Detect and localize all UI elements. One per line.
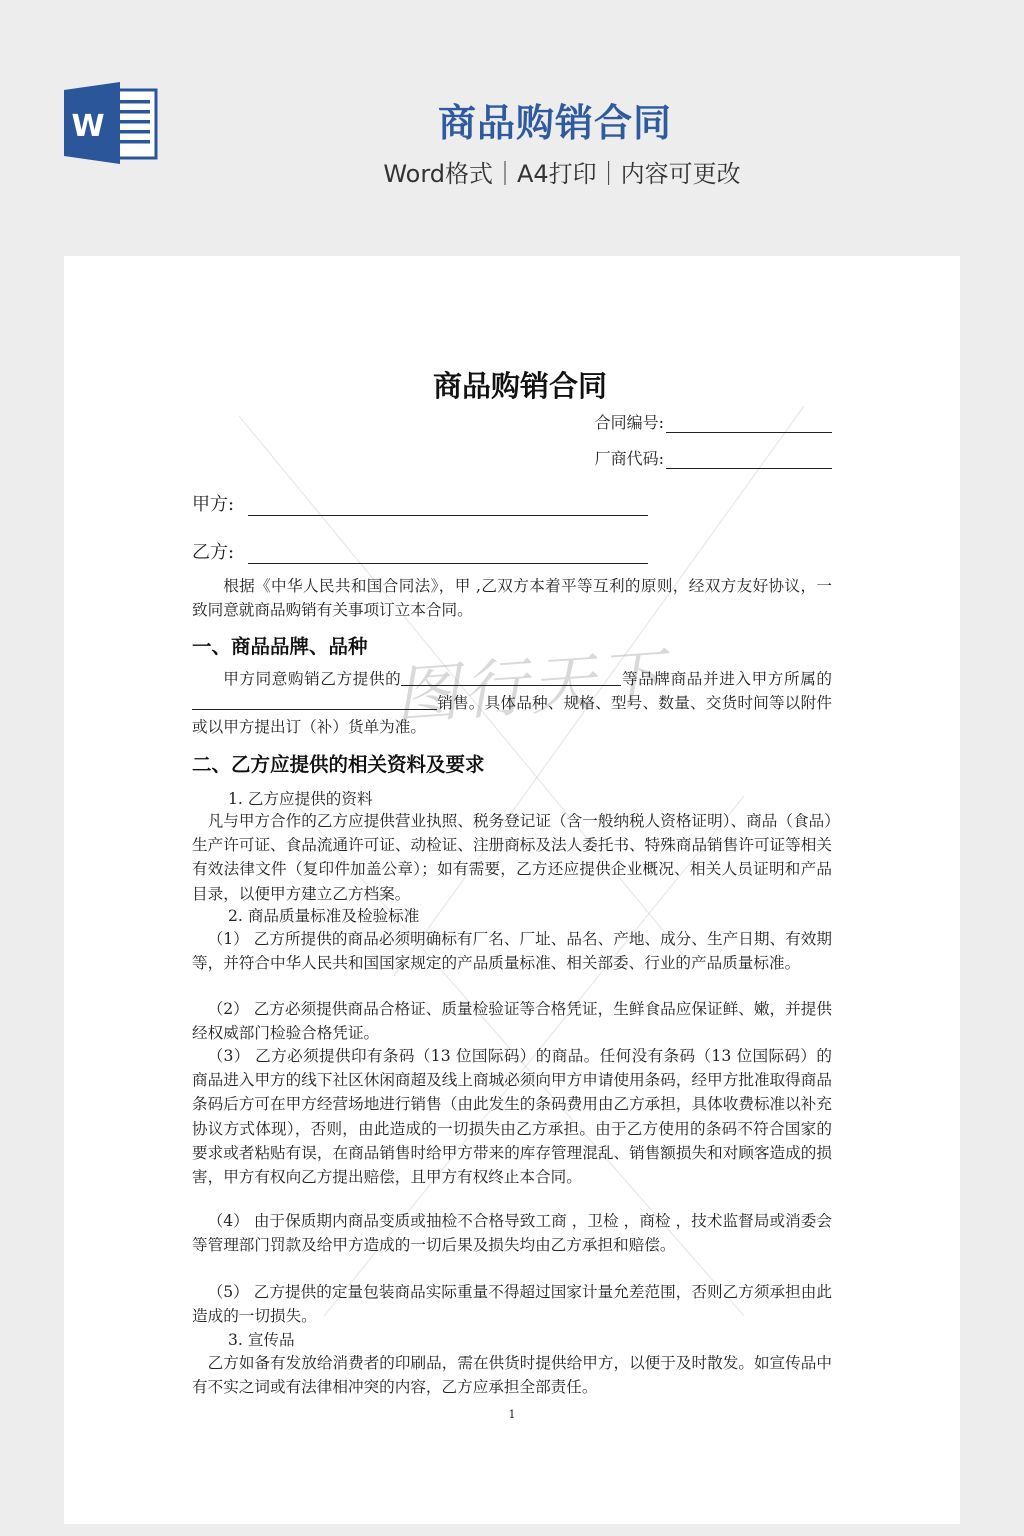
contract-number-blank	[666, 415, 832, 433]
document-page: 图行天下 商品购销合同 合同编号: 厂商代码: 甲方: 乙方: 根据《中华人民共…	[64, 256, 960, 1524]
quality-item-2: （2） 乙方必须提供商品合格证、质量检验证等合格凭证，生鲜食品应保证鲜、嫩，并提…	[192, 997, 832, 1045]
subsection2-title: 2. 商品质量标准及检验标准	[228, 904, 419, 926]
vendor-code-field: 厂商代码:	[595, 446, 832, 469]
quality-item-4: （4） 由于保质期内商品变质或抽检不合格导致工商 ，卫检 ，商检 ，技术监督局或…	[192, 1209, 832, 1257]
section2-heading: 二、乙方应提供的相关资料及要求	[192, 749, 485, 777]
party-a-blank	[248, 498, 648, 516]
contract-number-label: 合同编号:	[595, 410, 664, 433]
quality-item-3: （3） 乙方必须提供印有条码（13 位国际码）的商品。任何没有条码（13 位国际…	[192, 1044, 832, 1189]
party-a-label: 甲方:	[192, 490, 234, 516]
section1-paragraph: 甲方同意购销乙方提供的等品牌商品并进入甲方所属的销售。具体品种、规格、型号、数量…	[192, 667, 832, 740]
banner-title: 商品购销合同	[0, 92, 1024, 147]
brand-blank	[401, 670, 621, 686]
banner: W 商品购销合同 Word格式｜A4打印｜内容可更改	[0, 0, 1024, 256]
section1-heading: 一、商品品牌、品种	[192, 631, 368, 659]
quality-item-1: （1） 乙方所提供的商品必须明确标有厂名、厂址、品名、产地、成分、生产日期、有效…	[192, 927, 832, 975]
subsection3-text: 乙方如备有发放给消费者的印刷品，需在供货时提供给甲方，以便于及时散发。如宣传品中…	[192, 1351, 832, 1399]
intro-paragraph: 根据《中华人民共和国合同法》，甲 ,乙双方本着平等互利的原则，经双方友好协议，一…	[192, 574, 832, 622]
party-b-blank	[248, 546, 648, 564]
page-number: 1	[192, 1408, 832, 1421]
section1-text-2: 等品牌商品并进入甲方所属的	[621, 670, 832, 688]
store-blank	[192, 694, 437, 710]
subsection1-text: 凡与甲方合作的乙方应提供营业执照、税务登记证（含一般纳税人资格证明）、商品（食品…	[192, 809, 832, 906]
party-b-field: 乙方:	[192, 538, 648, 564]
vendor-code-blank	[666, 451, 832, 469]
banner-subtitle: Word格式｜A4打印｜内容可更改	[0, 154, 1024, 189]
vendor-code-label: 厂商代码:	[595, 446, 664, 469]
party-b-label: 乙方:	[192, 538, 234, 564]
subsection1-title: 1. 乙方应提供的资料	[228, 787, 373, 809]
contract-number-field: 合同编号:	[595, 410, 832, 433]
document-title: 商品购销合同	[192, 364, 832, 405]
subsection3-title: 3. 宣传品	[228, 1328, 295, 1350]
party-a-field: 甲方:	[192, 490, 648, 516]
section1-text-1: 甲方同意购销乙方提供的	[223, 670, 401, 688]
quality-item-5: （5） 乙方提供的定量包装商品实际重量不得超过国家计量允差范围，否则乙方须承担由…	[192, 1280, 832, 1328]
